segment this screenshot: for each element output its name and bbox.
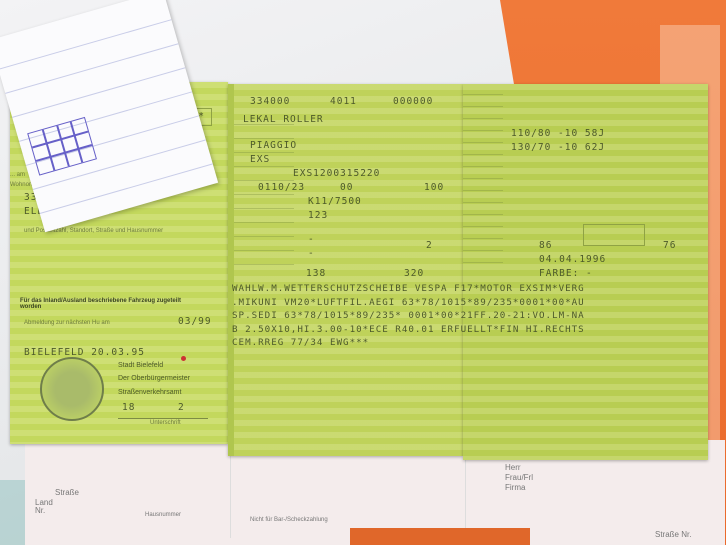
registration-right-panel: 110/80 -10 58J 130/70 -10 62J 86 76 04.0… [463, 84, 708, 460]
displacement: 123 [308, 210, 328, 221]
official-seal-stamp [40, 357, 104, 421]
hand-drawn-grid [27, 117, 97, 176]
power-rating: K11/7500 [308, 196, 362, 207]
authority-line-2: Der Oberbürgermeister [118, 375, 190, 382]
form-small-label: Straße Nr. [655, 530, 691, 539]
row-code-3: 100 [424, 182, 444, 193]
remarks-block: WAHLW.M.WETTERSCHUTZSCHEIBE VESPA F17*MO… [232, 282, 702, 350]
vin: EXS1200315220 [293, 168, 380, 179]
authority-line-1: Stadt Bielefeld [118, 362, 163, 369]
authority-line-3: Straßenverkehrsamt [118, 389, 181, 396]
remarks-line: WAHLW.M.WETTERSCHUTZSCHEIBE VESPA F17*MO… [232, 282, 702, 296]
form-label: Frau/Frl [505, 473, 533, 482]
field-value: - [308, 234, 315, 245]
first-registration-date: 04.04.1996 [539, 254, 606, 265]
signature-label: Unterschrift [150, 420, 181, 426]
remarks-line: SP.SEDI 63*78/1015*89/235* 0001*00*21FF.… [232, 309, 702, 323]
row-code-2: 00 [340, 182, 353, 193]
form-label: Firma [505, 483, 525, 492]
red-ink-mark [181, 356, 186, 361]
foreign-label: Für das Inland/Ausland beschriebene Fahr… [20, 298, 190, 310]
place-and-date: BIELEFELD 20.03.95 [24, 347, 145, 358]
field-value: 2 [426, 240, 433, 251]
date-label: ... am [10, 172, 25, 178]
form-label: Straße [55, 488, 79, 497]
form-small-label: Nicht für Bar-/Scheckzahlung [250, 517, 328, 523]
gross-weight: 320 [404, 268, 424, 279]
form-small-label: Hausnummer [145, 512, 181, 518]
tire-front: 110/80 -10 58J [511, 128, 605, 139]
registration-middle-panel: 334000 4011 000000 LEKAL ROLLER PIAGGIO … [228, 84, 463, 456]
empty-weight: 138 [306, 268, 326, 279]
remarks-line: .MIKUNI VM20*LUFTFIL.AEGI 63*78/1015*89/… [232, 296, 702, 310]
noise-box [583, 224, 645, 246]
label-column [463, 94, 503, 274]
inspection-label: Abmeldung zur nächsten Hu am [24, 320, 110, 326]
tire-rear: 130/70 -10 62J [511, 142, 605, 153]
signature-line [118, 418, 208, 419]
form-label: Herr [505, 463, 521, 472]
form-section-left: Straße Land Nr. Hausnummer [25, 440, 231, 538]
value-86: 86 [539, 240, 552, 251]
code-2: 4011 [330, 96, 357, 107]
inspection-date: 03/99 [178, 316, 212, 327]
authority-ref-left: 18 [122, 402, 135, 413]
remarks-line: B 2.50X10,HI.3.00-10*ECE R40.01 ERFUELLT… [232, 323, 702, 337]
code-1: 334000 [250, 96, 290, 107]
remarks-line: CEM.RREG 77/34 EWG*** [232, 336, 702, 350]
label-column [234, 124, 294, 274]
color-field: FARBE: - [539, 268, 593, 279]
form-label: Nr. [35, 506, 45, 515]
authority-ref-right: 2 [178, 402, 185, 413]
field-value: - [308, 248, 315, 259]
code-3: 000000 [393, 96, 433, 107]
orange-folder-bottom [350, 528, 530, 545]
value-76: 76 [663, 240, 676, 251]
